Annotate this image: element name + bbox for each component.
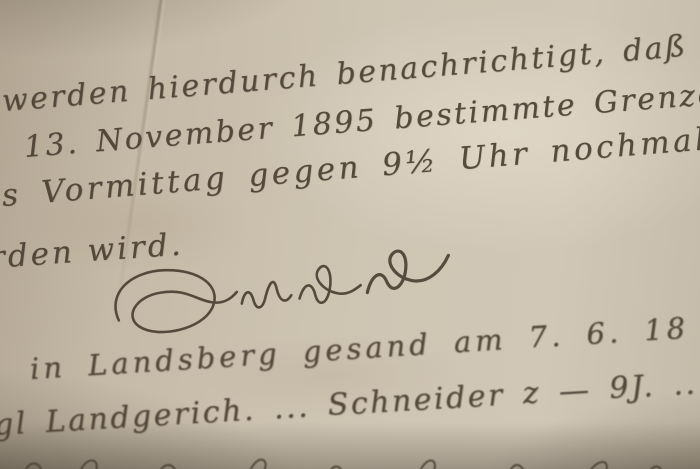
document-photo: werden hierdurch benachrichtigt, daß d 1…	[0, 0, 700, 469]
cutoff-line-strokes	[0, 455, 700, 469]
